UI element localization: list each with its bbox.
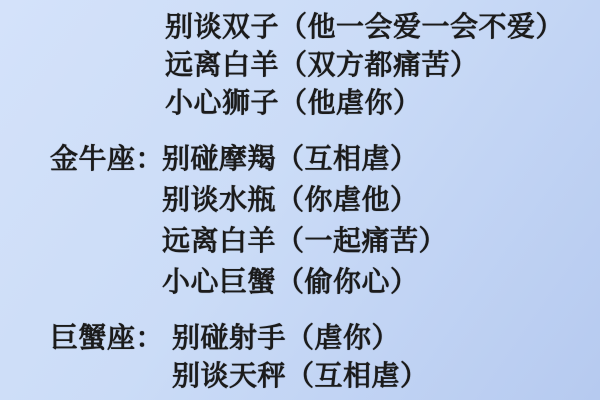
advice-line: 别谈水瓶（你虐他） (162, 179, 447, 220)
advice-line: 别谈天秤（互相虐） (172, 357, 429, 395)
advice-group-cancer: 别碰射手（虐你） 别谈天秤（互相虐） (172, 319, 429, 395)
advice-line: 小心狮子（他虐你） (165, 84, 564, 122)
advice-line: 别碰射手（虐你） (172, 319, 429, 357)
advice-line: 别碰摩羯（互相虐） (162, 138, 447, 179)
advice-line: 远离白羊（一起痛苦） (162, 220, 447, 261)
advice-line: 别谈双子（他一会爱一会不爱） (165, 8, 564, 46)
advice-line: 远离白羊（双方都痛苦） (165, 46, 564, 84)
advice-group-taurus: 别碰摩羯（互相虐） 别谈水瓶（你虐他） 远离白羊（一起痛苦） 小心巨蟹（偷你心） (162, 138, 447, 302)
zodiac-label-taurus: 金牛座： (50, 138, 164, 179)
zodiac-advice-image: 别谈双子（他一会爱一会不爱） 远离白羊（双方都痛苦） 小心狮子（他虐你） 金牛座… (0, 0, 600, 400)
advice-group-top: 别谈双子（他一会爱一会不爱） 远离白羊（双方都痛苦） 小心狮子（他虐你） (165, 8, 564, 122)
zodiac-label-cancer: 巨蟹座： (50, 319, 164, 357)
advice-line: 小心巨蟹（偷你心） (162, 261, 447, 302)
